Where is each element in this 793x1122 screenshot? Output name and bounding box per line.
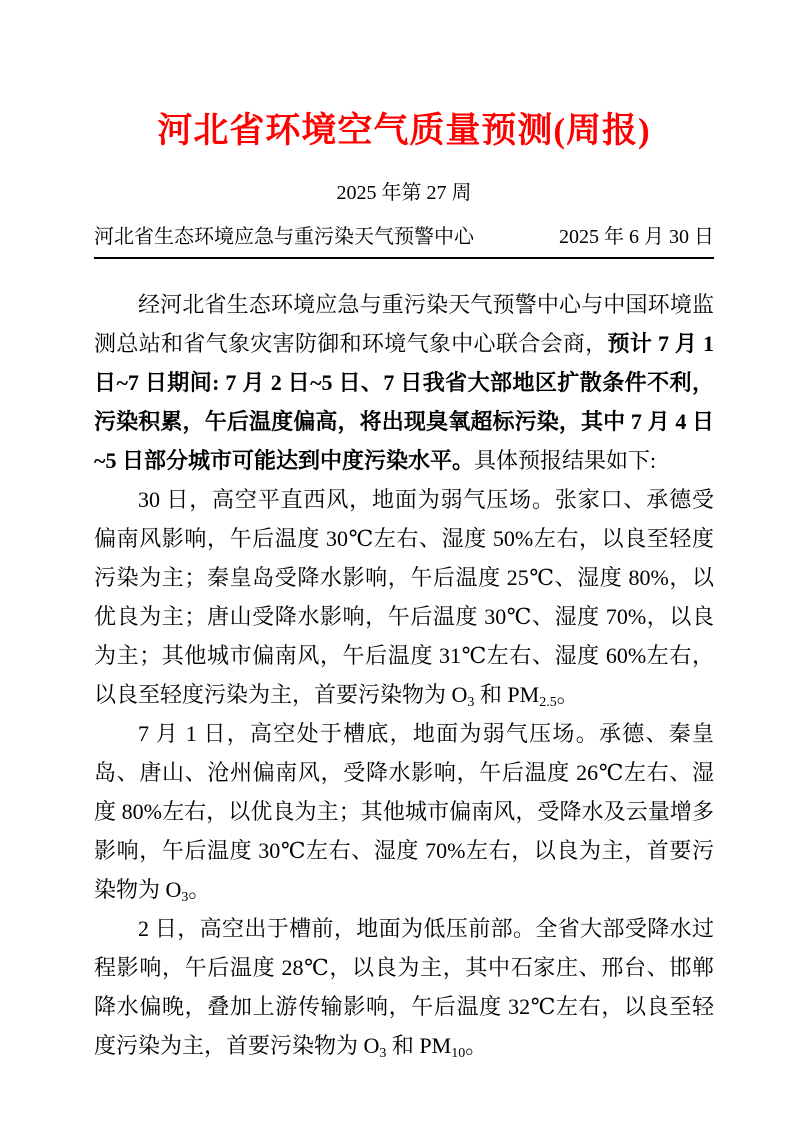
issue-date: 2025 年 6 月 30 日 [559, 223, 714, 251]
body-run: 。 [465, 1033, 487, 1058]
body-run: 7 月 1 日，高空处于槽底，地面为弱气压场。承德、秦皇岛、唐山、沧州偏南风，受… [94, 721, 714, 902]
issuer-row: 河北省生态环境应急与重污染天气预警中心 2025 年 6 月 30 日 [94, 223, 714, 251]
paragraph: 30 日，高空平直西风，地面为弱气压场。张家口、承德受偏南风影响，午后温度 30… [94, 480, 714, 714]
body-run: 和 PM [474, 682, 539, 707]
body-run: 。 [188, 877, 210, 902]
document-page: 河北省环境空气质量预测(周报) 2025 年第 27 周 河北省生态环境应急与重… [0, 0, 793, 1122]
header-divider [94, 257, 714, 259]
body-run: 30 日，高空平直西风，地面为弱气压场。张家口、承德受偏南风影响，午后温度 30… [94, 487, 714, 707]
subscript-text: 10 [451, 1046, 465, 1061]
body-run: 和 PM [386, 1033, 451, 1058]
body-paragraphs: 经河北省生态环境应急与重污染天气预警中心与中国环境监测总站和省气象灾害防御和环境… [94, 285, 714, 1065]
paragraph: 经河北省生态环境应急与重污染天气预警中心与中国环境监测总站和省气象灾害防御和环境… [94, 285, 714, 480]
body-run: 。 [557, 682, 579, 707]
body-run: 具体预报结果如下: [474, 448, 656, 473]
week-number: 2025 年第 27 周 [94, 179, 714, 207]
subscript-text: 2.5 [539, 695, 557, 710]
report-title: 河北省环境空气质量预测(周报) [94, 108, 714, 153]
paragraph: 2 日，高空出于槽前，地面为低压前部。全省大部受降水过程影响，午后温度 28℃，… [94, 909, 714, 1065]
issuer-name: 河北省生态环境应急与重污染天气预警中心 [94, 223, 474, 251]
paragraph: 7 月 1 日，高空处于槽底，地面为弱气压场。承德、秦皇岛、唐山、沧州偏南风，受… [94, 714, 714, 909]
